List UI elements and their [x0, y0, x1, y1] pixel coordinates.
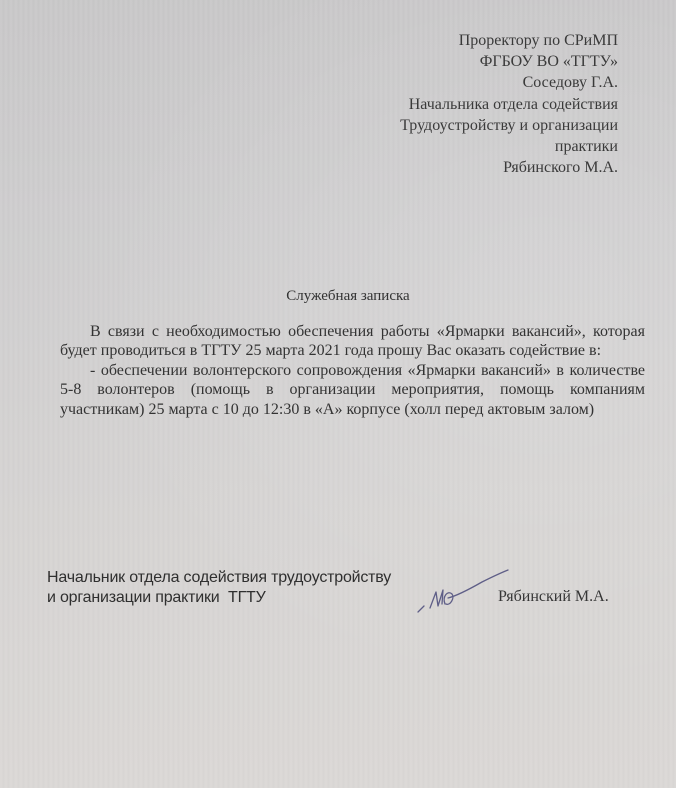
sender-line: Трудоустройству и организации	[400, 115, 618, 136]
sender-line: Начальника отдела содействия	[400, 94, 618, 115]
signatory-position-line: Начальник отдела содействия трудоустройс…	[47, 568, 391, 588]
recipient-line: Проректору по СРиМП	[400, 30, 618, 51]
memo-body: В связи с необходимостью обеспечения раб…	[60, 322, 645, 419]
body-paragraph-request: В связи с необходимостью обеспечения раб…	[60, 322, 645, 361]
signatory-position-line: и организации практики ТГТУ	[47, 588, 391, 608]
signer-name: Рябинский М.А.	[498, 588, 609, 606]
signatory-position: Начальник отдела содействия трудоустройс…	[47, 568, 391, 608]
handwritten-signature-icon	[412, 568, 512, 618]
recipient-block: Проректору по СРиМП ФГБОУ ВО «ТГТУ» Сосе…	[400, 30, 618, 178]
recipient-line: ФГБОУ ВО «ТГТУ»	[400, 51, 618, 72]
body-paragraph-volunteers: - обеспечении волонтерского сопровождени…	[60, 361, 645, 419]
sender-line: Рябинского М.А.	[400, 157, 618, 178]
recipient-line: Соседову Г.А.	[400, 72, 618, 93]
memo-title-text: Служебная записка	[286, 288, 409, 304]
sender-line: практики	[400, 136, 618, 157]
memo-title: Служебная записка	[0, 288, 676, 305]
